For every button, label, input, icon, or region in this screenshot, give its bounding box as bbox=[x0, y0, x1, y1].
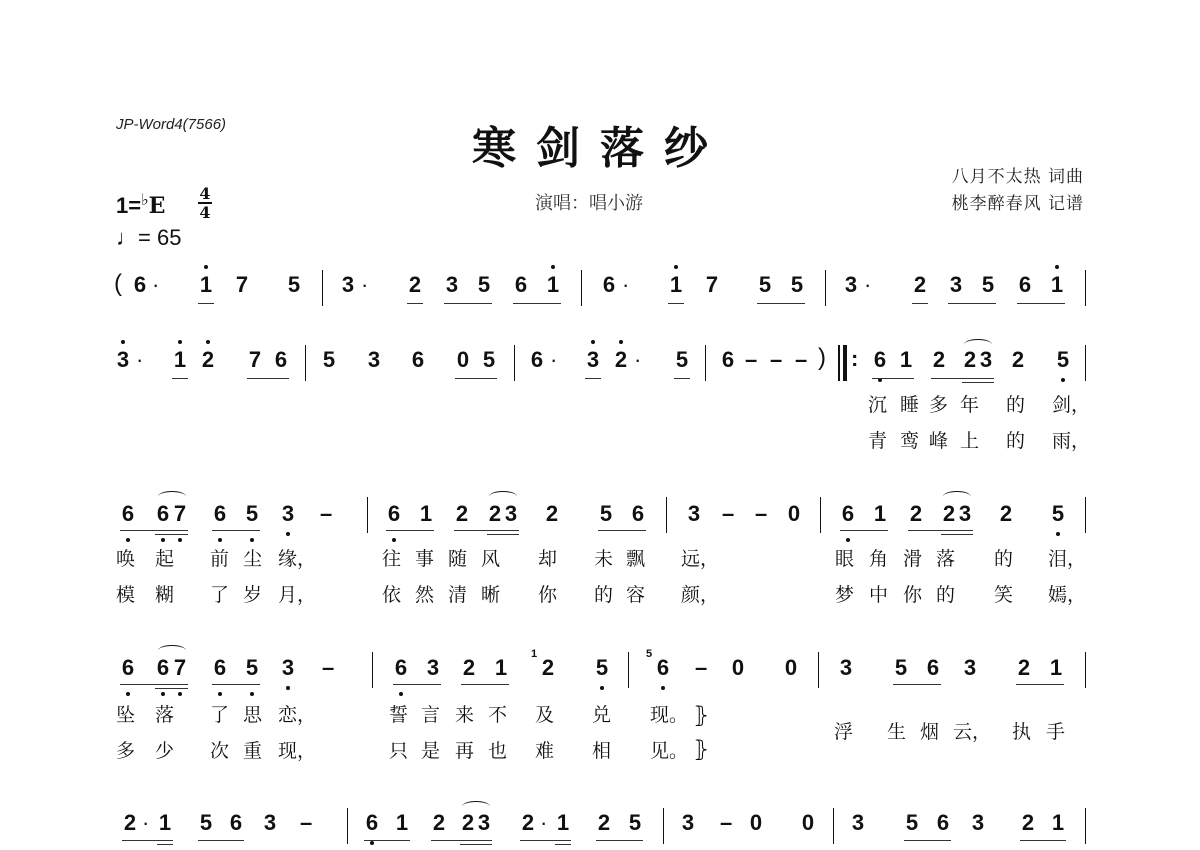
lyric: 依 bbox=[382, 580, 401, 607]
note: 1 bbox=[157, 810, 173, 836]
note: 1 bbox=[1049, 272, 1065, 298]
note: 7 bbox=[172, 655, 188, 681]
barline bbox=[347, 808, 348, 844]
note: 6 bbox=[393, 655, 409, 681]
lyric: 随 bbox=[448, 544, 467, 571]
note: 2 bbox=[461, 655, 477, 681]
underline bbox=[444, 303, 492, 304]
underline bbox=[393, 684, 441, 685]
lyric: 沉 bbox=[868, 390, 887, 417]
tempo-marking: ♩= 65 bbox=[116, 225, 181, 251]
note: 0 bbox=[730, 655, 746, 681]
lyric: 重 bbox=[243, 736, 262, 763]
lyric: 剑， bbox=[1052, 390, 1090, 417]
staff-line-2: 3 · 1 2 7 6 5 3 6 0 5 6 · 3 2 · 5 6 – – … bbox=[0, 342, 1200, 452]
note: 5 bbox=[627, 810, 643, 836]
underline bbox=[212, 530, 260, 531]
dot-augment: · bbox=[864, 272, 871, 298]
underline bbox=[172, 378, 188, 379]
note: 1 bbox=[172, 347, 188, 373]
lyric: 相 bbox=[592, 736, 611, 763]
note: 5 bbox=[598, 501, 614, 527]
barline bbox=[1085, 808, 1086, 844]
note: 2 bbox=[1010, 347, 1026, 373]
note: 5 bbox=[244, 501, 260, 527]
note: 6 bbox=[212, 655, 228, 681]
note: 0 bbox=[783, 655, 799, 681]
dash: – bbox=[320, 501, 332, 527]
lyric: 岁 bbox=[243, 580, 262, 607]
lyric: 嫣， bbox=[1048, 580, 1086, 607]
underline bbox=[513, 303, 561, 304]
note: 2 bbox=[122, 810, 138, 836]
note: 2 bbox=[941, 501, 957, 527]
lyric: 眼 bbox=[835, 544, 854, 571]
barline bbox=[628, 652, 629, 688]
note: 6 bbox=[132, 272, 148, 298]
lyric: 角 bbox=[869, 544, 888, 571]
note: 6 bbox=[386, 501, 402, 527]
note: 2 bbox=[460, 810, 476, 836]
open-parenthesis: ( bbox=[114, 270, 122, 298]
underline bbox=[674, 378, 690, 379]
dot-augment: · bbox=[540, 810, 547, 836]
note: 6 bbox=[872, 347, 888, 373]
underline bbox=[840, 530, 888, 531]
note: 1 bbox=[493, 655, 509, 681]
note: 3 bbox=[280, 501, 296, 527]
lyric: 容 bbox=[626, 580, 645, 607]
lyric: 执 bbox=[1012, 717, 1031, 744]
lyric: 年 bbox=[960, 390, 979, 417]
lyric: 的 bbox=[1006, 426, 1025, 453]
close-parenthesis: ) bbox=[818, 344, 826, 372]
lyric: 清 bbox=[448, 580, 467, 607]
note: 3 bbox=[978, 347, 994, 373]
note: 5 bbox=[893, 655, 909, 681]
note: 1 bbox=[898, 347, 914, 373]
lyric: 鸾 bbox=[900, 426, 919, 453]
lyric: 了 bbox=[210, 580, 229, 607]
lyric: 上 bbox=[960, 426, 979, 453]
underline bbox=[122, 840, 173, 841]
note: 6 bbox=[120, 655, 136, 681]
note: 1 bbox=[394, 810, 410, 836]
lyric: 恋， bbox=[278, 700, 316, 727]
dot-augment: · bbox=[136, 347, 143, 373]
note: 1 bbox=[1048, 655, 1064, 681]
underline bbox=[454, 530, 519, 531]
staff-line-4: 6 6 7 6 5 3 – 6 3 2 1 1 2 5 5 6 – 0 0 3 … bbox=[0, 652, 1200, 762]
note: 3 bbox=[680, 810, 696, 836]
barline bbox=[322, 270, 323, 306]
note: 5 bbox=[476, 272, 492, 298]
lyric: 笑 bbox=[994, 580, 1013, 607]
time-signature: 4 4 bbox=[198, 186, 212, 220]
lyric: 多 bbox=[929, 390, 948, 417]
barline bbox=[825, 270, 826, 306]
note: 2 bbox=[520, 810, 536, 836]
lyric: 也 bbox=[488, 736, 507, 763]
dash: – bbox=[755, 501, 767, 527]
underline bbox=[668, 303, 684, 304]
lyric: 却 bbox=[538, 544, 557, 571]
dot-augment: · bbox=[142, 810, 149, 836]
dash: – bbox=[745, 347, 757, 373]
dash: – bbox=[722, 501, 734, 527]
repeat-start-thick bbox=[843, 345, 847, 381]
meter-bottom: 4 bbox=[198, 205, 212, 220]
barline bbox=[1085, 497, 1086, 533]
underline bbox=[1017, 303, 1065, 304]
lyric: 起 bbox=[155, 544, 174, 571]
note: 6 bbox=[601, 272, 617, 298]
underline bbox=[247, 378, 289, 379]
barline bbox=[1085, 652, 1086, 688]
note: 1 bbox=[198, 272, 214, 298]
underline bbox=[1016, 684, 1064, 685]
underline bbox=[598, 530, 646, 531]
slur bbox=[158, 645, 186, 656]
note: 7 bbox=[247, 347, 263, 373]
lyric: 未 bbox=[594, 544, 613, 571]
underline bbox=[407, 303, 423, 304]
note: 2 bbox=[544, 501, 560, 527]
lyric: 的 bbox=[1006, 390, 1025, 417]
underline-double bbox=[460, 844, 492, 845]
slur bbox=[462, 801, 490, 812]
lyric: 泪， bbox=[1048, 544, 1086, 571]
lyric: 糊 bbox=[155, 580, 174, 607]
note: 2 bbox=[596, 810, 612, 836]
lyric: 前 bbox=[210, 544, 229, 571]
note: 3 bbox=[585, 347, 601, 373]
underline bbox=[455, 378, 497, 379]
lyric: 再 bbox=[455, 736, 474, 763]
underline bbox=[120, 684, 188, 685]
lyric: 唤 bbox=[116, 544, 135, 571]
note: 3 bbox=[948, 272, 964, 298]
dot-augment: · bbox=[622, 272, 629, 298]
lyric: 生 bbox=[887, 717, 906, 744]
note: 6 bbox=[273, 347, 289, 373]
note: 6 bbox=[529, 347, 545, 373]
lyric: 事 bbox=[415, 544, 434, 571]
note: 2 bbox=[613, 347, 629, 373]
dot-augment: · bbox=[550, 347, 557, 373]
note: 5 bbox=[1050, 501, 1066, 527]
note: 6 bbox=[155, 501, 171, 527]
barline bbox=[305, 345, 306, 381]
underline bbox=[948, 303, 996, 304]
underline-double bbox=[555, 844, 571, 845]
lyric: 缘， bbox=[278, 544, 316, 571]
note: 2 bbox=[454, 501, 470, 527]
meter-top: 4 bbox=[198, 186, 212, 201]
note: 5 bbox=[244, 655, 260, 681]
note: 6 bbox=[655, 655, 671, 681]
note: 3 bbox=[843, 272, 859, 298]
transcriber-credit: 桃李醉春风 记谱 bbox=[952, 189, 1084, 214]
lyric: 雨， bbox=[1052, 426, 1090, 453]
lyric: 落 bbox=[155, 700, 174, 727]
lyric: 远， bbox=[681, 544, 719, 571]
dot-augment: · bbox=[634, 347, 641, 373]
lyric: 模 bbox=[116, 580, 135, 607]
underline bbox=[520, 840, 571, 841]
barline bbox=[833, 808, 834, 844]
note: 2 bbox=[908, 501, 924, 527]
barline bbox=[663, 808, 664, 844]
note: 3 bbox=[280, 655, 296, 681]
note: 6 bbox=[840, 501, 856, 527]
dash: – bbox=[795, 347, 807, 373]
underline bbox=[364, 840, 410, 841]
note: 3 bbox=[850, 810, 866, 836]
note: 0 bbox=[786, 501, 802, 527]
note: 3 bbox=[340, 272, 356, 298]
slur bbox=[964, 339, 992, 350]
note: 3 bbox=[838, 655, 854, 681]
note: 5 bbox=[1055, 347, 1071, 373]
note: 2 bbox=[912, 272, 928, 298]
note: 6 bbox=[364, 810, 380, 836]
note: 0 bbox=[455, 347, 471, 373]
note: 6 bbox=[720, 347, 736, 373]
lyric: 的 bbox=[594, 580, 613, 607]
dot-augment: · bbox=[152, 272, 159, 298]
note: 1 bbox=[545, 272, 561, 298]
note: 6 bbox=[212, 501, 228, 527]
slur bbox=[489, 491, 517, 502]
note: 6 bbox=[155, 655, 171, 681]
lyric: 手 bbox=[1046, 717, 1065, 744]
lyric: 誓 bbox=[389, 700, 408, 727]
lyric: 的 bbox=[936, 580, 955, 607]
underline bbox=[198, 303, 214, 304]
note: 1 bbox=[872, 501, 888, 527]
lyric: 次 bbox=[210, 736, 229, 763]
note: 6 bbox=[410, 347, 426, 373]
note: 6 bbox=[1017, 272, 1033, 298]
key-prefix: 1= bbox=[116, 193, 141, 218]
lyric: 来 bbox=[455, 700, 474, 727]
underline bbox=[431, 840, 492, 841]
note: 6 bbox=[925, 655, 941, 681]
note: 6 bbox=[228, 810, 244, 836]
lyric: 青 bbox=[868, 426, 887, 453]
grace-note: 5 bbox=[646, 648, 652, 660]
lyric: 坠 bbox=[116, 700, 135, 727]
lyric: 现， bbox=[278, 736, 316, 763]
note: 5 bbox=[757, 272, 773, 298]
note: 5 bbox=[594, 655, 610, 681]
note: 1 bbox=[555, 810, 571, 836]
lyric: 及 bbox=[535, 700, 554, 727]
flat-icon: ♭ bbox=[141, 192, 149, 209]
note: 5 bbox=[674, 347, 690, 373]
lyric: 云， bbox=[953, 717, 991, 744]
dash: – bbox=[770, 347, 782, 373]
underline bbox=[872, 378, 914, 379]
note: 3 bbox=[115, 347, 131, 373]
lyric: 飘 bbox=[626, 544, 645, 571]
lyric: 是 bbox=[421, 736, 440, 763]
lyric: 中 bbox=[869, 580, 888, 607]
note: 6 bbox=[513, 272, 529, 298]
lyric: 多 bbox=[116, 736, 135, 763]
underline bbox=[893, 684, 941, 685]
staff-line-3: 6 6 7 6 5 3 – 6 1 2 2 3 2 5 6 3 – – 0 6 … bbox=[0, 497, 1200, 607]
lyric: 难 bbox=[535, 736, 554, 763]
underline bbox=[461, 684, 509, 685]
note: 2 bbox=[200, 347, 216, 373]
underline bbox=[757, 303, 805, 304]
dash: – bbox=[322, 655, 334, 681]
lyric: 尘 bbox=[243, 544, 262, 571]
underline-double bbox=[941, 534, 973, 535]
dot-augment: · bbox=[361, 272, 368, 298]
note: 3 bbox=[366, 347, 382, 373]
note: 2 bbox=[1020, 810, 1036, 836]
underline bbox=[908, 530, 973, 531]
lyricist-composer-credit: 八月不太热 词曲 bbox=[952, 162, 1084, 187]
key-letter: E bbox=[149, 193, 166, 219]
underline-double bbox=[962, 382, 994, 383]
lyric: 现。 bbox=[650, 700, 688, 727]
slur bbox=[158, 491, 186, 502]
note: 5 bbox=[198, 810, 214, 836]
dash: – bbox=[695, 655, 707, 681]
underline bbox=[212, 684, 260, 685]
note: 2 bbox=[407, 272, 423, 298]
note: 3 bbox=[262, 810, 278, 836]
note: 2 bbox=[1016, 655, 1032, 681]
lyric: 的 bbox=[994, 544, 1013, 571]
note: 2 bbox=[540, 655, 556, 681]
note: 1 bbox=[668, 272, 684, 298]
lyric: 风 bbox=[481, 544, 500, 571]
note: 5 bbox=[980, 272, 996, 298]
note: 2 bbox=[931, 347, 947, 373]
note: 5 bbox=[321, 347, 337, 373]
note: 3 bbox=[503, 501, 519, 527]
note: 7 bbox=[234, 272, 250, 298]
brace-icon: ⦄⦄ bbox=[693, 699, 709, 767]
underline bbox=[198, 840, 244, 841]
repeat-start-thin bbox=[838, 345, 840, 381]
barline bbox=[514, 345, 515, 381]
barline bbox=[666, 497, 667, 533]
lyric: 落 bbox=[936, 544, 955, 571]
note: 3 bbox=[425, 655, 441, 681]
slur bbox=[943, 491, 971, 502]
underline-double bbox=[155, 534, 188, 535]
note: 3 bbox=[476, 810, 492, 836]
lyric: 浮 bbox=[834, 717, 853, 744]
lyric: 烟 bbox=[920, 717, 939, 744]
lyric: 你 bbox=[903, 580, 922, 607]
note: 2 bbox=[962, 347, 978, 373]
lyric: 言 bbox=[421, 700, 440, 727]
dash: – bbox=[720, 810, 732, 836]
note: 3 bbox=[962, 655, 978, 681]
lyric: 滑 bbox=[903, 544, 922, 571]
underline bbox=[386, 530, 434, 531]
note: 2 bbox=[487, 501, 503, 527]
note: 5 bbox=[481, 347, 497, 373]
lyric: 往 bbox=[382, 544, 401, 571]
lyric: 少 bbox=[155, 736, 174, 763]
lyric: 梦 bbox=[835, 580, 854, 607]
lyric: 了 bbox=[210, 700, 229, 727]
underline bbox=[912, 303, 928, 304]
note: 0 bbox=[800, 810, 816, 836]
note: 1 bbox=[418, 501, 434, 527]
underline bbox=[585, 378, 601, 379]
note: 6 bbox=[630, 501, 646, 527]
staff-line-5: 2 · 1 5 6 3 – 6 1 2 2 3 2 · 1 2 5 3 – 0 … bbox=[0, 806, 1200, 850]
note: 6 bbox=[935, 810, 951, 836]
barline bbox=[581, 270, 582, 306]
underline-double bbox=[157, 844, 173, 845]
lyric: 峰 bbox=[929, 426, 948, 453]
repeat-colon: : bbox=[851, 346, 858, 372]
dash: – bbox=[300, 810, 312, 836]
note: 2 bbox=[431, 810, 447, 836]
barline bbox=[372, 652, 373, 688]
note: 0 bbox=[748, 810, 764, 836]
lyric: 思 bbox=[243, 700, 262, 727]
barline bbox=[1085, 270, 1086, 306]
grace-note: 1 bbox=[531, 648, 537, 660]
note: 6 bbox=[120, 501, 136, 527]
underline bbox=[596, 840, 643, 841]
note: 7 bbox=[172, 501, 188, 527]
note: 3 bbox=[957, 501, 973, 527]
singer-credit: 演唱：唱小游 bbox=[535, 189, 643, 215]
barline bbox=[705, 345, 706, 381]
underline bbox=[1020, 840, 1066, 841]
barline bbox=[367, 497, 368, 533]
barline bbox=[1085, 345, 1086, 381]
note: 3 bbox=[444, 272, 460, 298]
lyric: 只 bbox=[389, 736, 408, 763]
key-signature: 1=♭E bbox=[116, 193, 165, 219]
underline-double bbox=[155, 688, 188, 689]
underline bbox=[931, 378, 994, 379]
lyric: 晰 bbox=[481, 580, 500, 607]
underline bbox=[904, 840, 951, 841]
barline bbox=[818, 652, 819, 688]
note: 5 bbox=[789, 272, 805, 298]
note: 2 bbox=[998, 501, 1014, 527]
lyric: 月， bbox=[278, 580, 316, 607]
lyric: 见。 bbox=[650, 736, 688, 763]
barline bbox=[820, 497, 821, 533]
note: 5 bbox=[286, 272, 302, 298]
underline bbox=[120, 530, 188, 531]
underline-double bbox=[487, 534, 519, 535]
note: 5 bbox=[904, 810, 920, 836]
lyric: 睡 bbox=[900, 390, 919, 417]
note: 3 bbox=[686, 501, 702, 527]
lyric: 颜， bbox=[681, 580, 719, 607]
lyric: 兑 bbox=[592, 700, 611, 727]
lyric: 你 bbox=[538, 580, 557, 607]
note: 3 bbox=[970, 810, 986, 836]
note: 1 bbox=[1050, 810, 1066, 836]
